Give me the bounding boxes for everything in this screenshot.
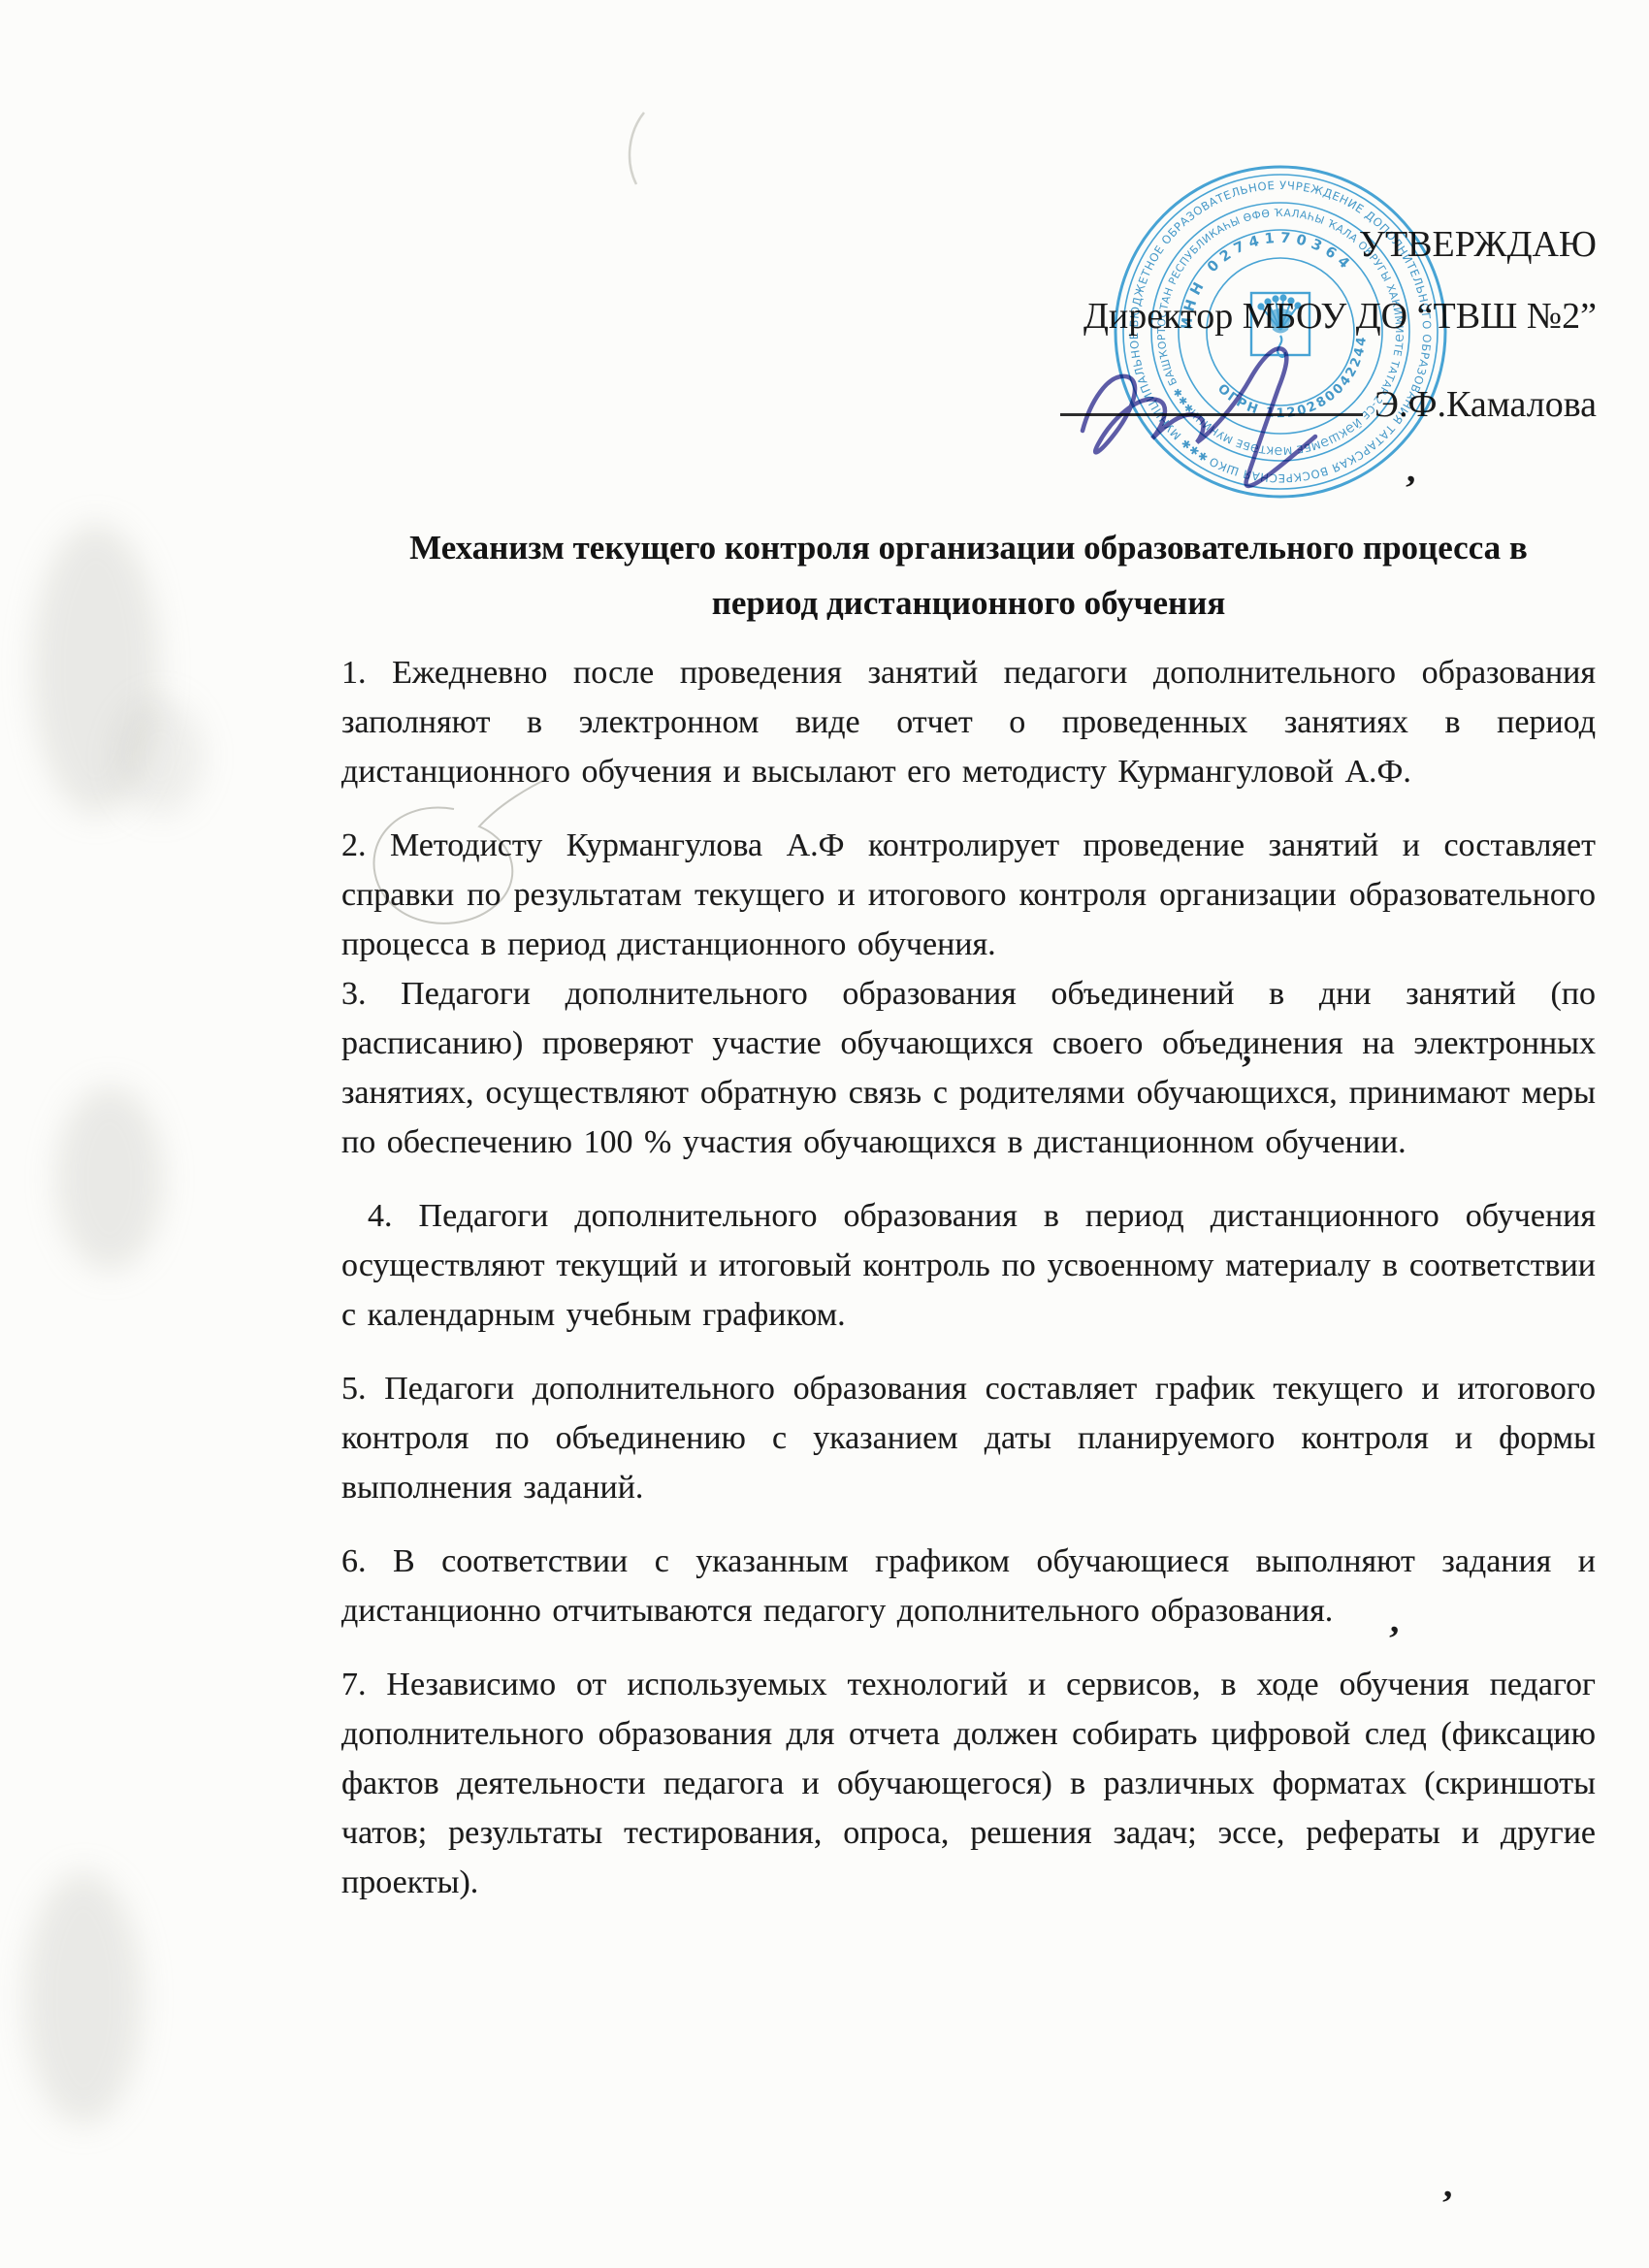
scan-smudge — [116, 698, 204, 815]
document-content: Механизм текущего контроля организации о… — [341, 520, 1596, 1931]
paragraph: 3. Педагоги дополнительного образования … — [341, 969, 1596, 1167]
paragraph: 4. Педагоги дополнительного образования … — [341, 1191, 1596, 1340]
scan-smudge — [56, 1086, 163, 1271]
pencil-mark-paren — [630, 113, 644, 184]
stamp-ogrn-text: ОГРН 1120280042244 — [1212, 330, 1389, 444]
paragraph: 1. Ежедневно после проведения занятий пе… — [341, 648, 1596, 796]
stamp-emblem — [1251, 293, 1309, 357]
official-seal-stamp: ✱✱✱ МУНИЦИПАЛЬНОЕ БЮДЖЕТНОЕ ОБРАЗОВАТЕЛЬ… — [1094, 146, 1467, 518]
paragraph: 2. Методисту Курмангулова А.Ф контролиру… — [341, 821, 1596, 969]
document-body: 1. Ежедневно после проведения занятий пе… — [341, 648, 1596, 1907]
scanned-document-page: УТВЕРЖДАЮ Директор МБОУ ДО “ТВШ №2” Э.Ф.… — [0, 0, 1649, 2268]
title-line-1: Механизм текущего контроля организации о… — [341, 520, 1596, 575]
paragraph: 5. Педагоги дополнительного образования … — [341, 1364, 1596, 1512]
title-line-2: период дистанционного обучения — [341, 575, 1596, 631]
document-title: Механизм текущего контроля организации о… — [341, 520, 1596, 631]
svg-text:ОГРН 1120280042244: ОГРН 1120280042244 — [1212, 330, 1389, 444]
ink-mark: ’ — [1439, 2182, 1455, 2225]
paragraph: 7. Независимо от используемых технологий… — [341, 1660, 1596, 1907]
scan-smudge — [25, 1872, 142, 2124]
paragraph: 6. В соответствии с указанным графиком о… — [341, 1537, 1596, 1636]
